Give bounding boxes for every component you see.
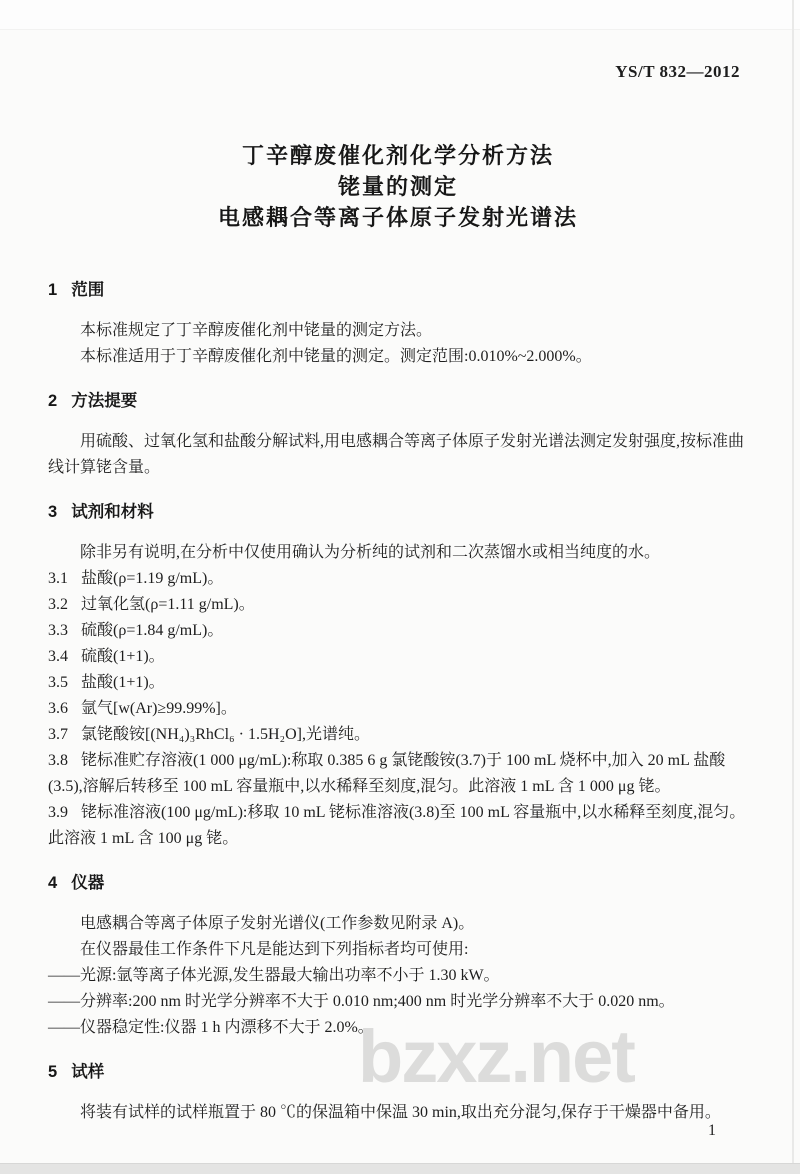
paragraph: 用硫酸、过氧化氢和盐酸分解试料,用电感耦合等离子体原子发射光谱法测定发射强度,按… xyxy=(48,429,748,481)
item-number: 3.6 xyxy=(48,700,68,717)
section-number: 2 xyxy=(48,392,57,410)
item-number: 3.3 xyxy=(48,622,68,639)
section-heading: 2方法提要 xyxy=(48,388,748,414)
reagent-item: 3.7氯铑酸铵[(NH₄)₃RhCl₆ · 1.5H₂O],光谱纯。 xyxy=(48,722,748,748)
section-number: 4 xyxy=(48,874,57,892)
section-title: 仪器 xyxy=(71,874,104,892)
item-number: 3.5 xyxy=(48,674,68,691)
item-text: 硫酸(ρ=1.84 g/mL)。 xyxy=(81,622,223,639)
document-title: 丁辛醇废催化剂化学分析方法 铑量的测定 电感耦合等离子体原子发射光谱法 xyxy=(48,140,748,233)
reagent-item: 3.5盐酸(1+1)。 xyxy=(48,670,748,696)
section-number: 3 xyxy=(48,503,57,521)
section-method-summary: 2方法提要 用硫酸、过氧化氢和盐酸分解试料,用电感耦合等离子体原子发射光谱法测定… xyxy=(48,388,748,481)
section-title: 方法提要 xyxy=(71,392,137,410)
paragraph: 在仪器最佳工作条件下凡是能达到下列指标者均可使用: xyxy=(48,937,748,963)
item-text: 氩气[w(Ar)≥99.99%]。 xyxy=(81,700,237,717)
reagent-item: 3.3硫酸(ρ=1.84 g/mL)。 xyxy=(48,618,748,644)
reagent-item: 3.2过氧化氢(ρ=1.11 g/mL)。 xyxy=(48,592,748,618)
section-sample: 5试样 将装有试样的试样瓶置于 80 ℃的保温箱中保温 30 min,取出充分混… xyxy=(48,1059,748,1126)
paragraph: 本标准规定了丁辛醇废催化剂中铑量的测定方法。 xyxy=(48,318,748,344)
document-page: bzxz.net YS/T 832—2012 丁辛醇废催化剂化学分析方法 铑量的… xyxy=(0,0,800,1174)
page-content: YS/T 832—2012 丁辛醇废催化剂化学分析方法 铑量的测定 电感耦合等离… xyxy=(0,0,800,1174)
section-heading: 1范围 xyxy=(48,277,748,303)
section-number: 1 xyxy=(48,281,57,299)
section-apparatus: 4仪器 电感耦合等离子体原子发射光谱仪(工作参数见附录 A)。 在仪器最佳工作条… xyxy=(48,870,748,1041)
paragraph: 除非另有说明,在分析中仅使用确认为分析纯的试剂和二次蒸馏水或相当纯度的水。 xyxy=(48,540,748,566)
item-number: 3.7 xyxy=(48,726,68,743)
reagent-item: 3.9铑标准溶液(100 μg/mL):移取 10 mL 铑标准溶液(3.8)至… xyxy=(48,800,748,852)
item-number: 3.2 xyxy=(48,596,68,613)
item-text: 硫酸(1+1)。 xyxy=(81,648,165,665)
item-number: 3.1 xyxy=(48,570,68,587)
title-line-1: 丁辛醇废催化剂化学分析方法 xyxy=(48,140,748,171)
reagent-item: 3.8铑标准贮存溶液(1 000 μg/mL):称取 0.385 6 g 氯铑酸… xyxy=(48,748,748,800)
standard-number: YS/T 832—2012 xyxy=(48,62,748,82)
item-number: 3.8 xyxy=(48,752,68,769)
section-number: 5 xyxy=(48,1063,57,1081)
item-number: 3.4 xyxy=(48,648,68,665)
title-line-2: 铑量的测定 xyxy=(48,171,748,202)
item-text: 过氧化氢(ρ=1.11 g/mL)。 xyxy=(81,596,255,613)
section-title: 试剂和材料 xyxy=(71,503,154,521)
item-text: 盐酸(ρ=1.19 g/mL)。 xyxy=(81,570,223,587)
item-text: 氯铑酸铵[(NH₄)₃RhCl₆ · 1.5H₂O],光谱纯。 xyxy=(81,726,370,743)
reagent-item: 3.1盐酸(ρ=1.19 g/mL)。 xyxy=(48,566,748,592)
item-text: 铑标准贮存溶液(1 000 μg/mL):称取 0.385 6 g 氯铑酸铵(3… xyxy=(48,752,725,795)
section-reagents: 3试剂和材料 除非另有说明,在分析中仅使用确认为分析纯的试剂和二次蒸馏水或相当纯… xyxy=(48,499,748,852)
section-heading: 4仪器 xyxy=(48,870,748,896)
paragraph: 本标准适用于丁辛醇废催化剂中铑量的测定。测定范围:0.010%~2.000%。 xyxy=(48,344,748,370)
reagent-item: 3.6氩气[w(Ar)≥99.99%]。 xyxy=(48,696,748,722)
section-heading: 5试样 xyxy=(48,1059,748,1085)
section-title: 试样 xyxy=(71,1063,104,1081)
spec-item: ——分辨率:200 nm 时光学分辨率不大于 0.010 nm;400 nm 时… xyxy=(48,989,748,1015)
title-line-3: 电感耦合等离子体原子发射光谱法 xyxy=(48,202,748,233)
paragraph: 电感耦合等离子体原子发射光谱仪(工作参数见附录 A)。 xyxy=(48,911,748,937)
section-title: 范围 xyxy=(71,281,104,299)
item-text: 盐酸(1+1)。 xyxy=(81,674,165,691)
spec-item: ——光源:氩等离子体光源,发生器最大输出功率不小于 1.30 kW。 xyxy=(48,963,748,989)
item-text: 铑标准溶液(100 μg/mL):移取 10 mL 铑标准溶液(3.8)至 10… xyxy=(48,804,745,847)
spec-item: ——仪器稳定性:仪器 1 h 内漂移不大于 2.0%。 xyxy=(48,1015,748,1041)
section-heading: 3试剂和材料 xyxy=(48,499,748,525)
item-number: 3.9 xyxy=(48,804,68,821)
section-scope: 1范围 本标准规定了丁辛醇废催化剂中铑量的测定方法。 本标准适用于丁辛醇废催化剂… xyxy=(48,277,748,370)
paragraph: 将装有试样的试样瓶置于 80 ℃的保温箱中保温 30 min,取出充分混匀,保存… xyxy=(48,1100,748,1126)
reagent-item: 3.4硫酸(1+1)。 xyxy=(48,644,748,670)
